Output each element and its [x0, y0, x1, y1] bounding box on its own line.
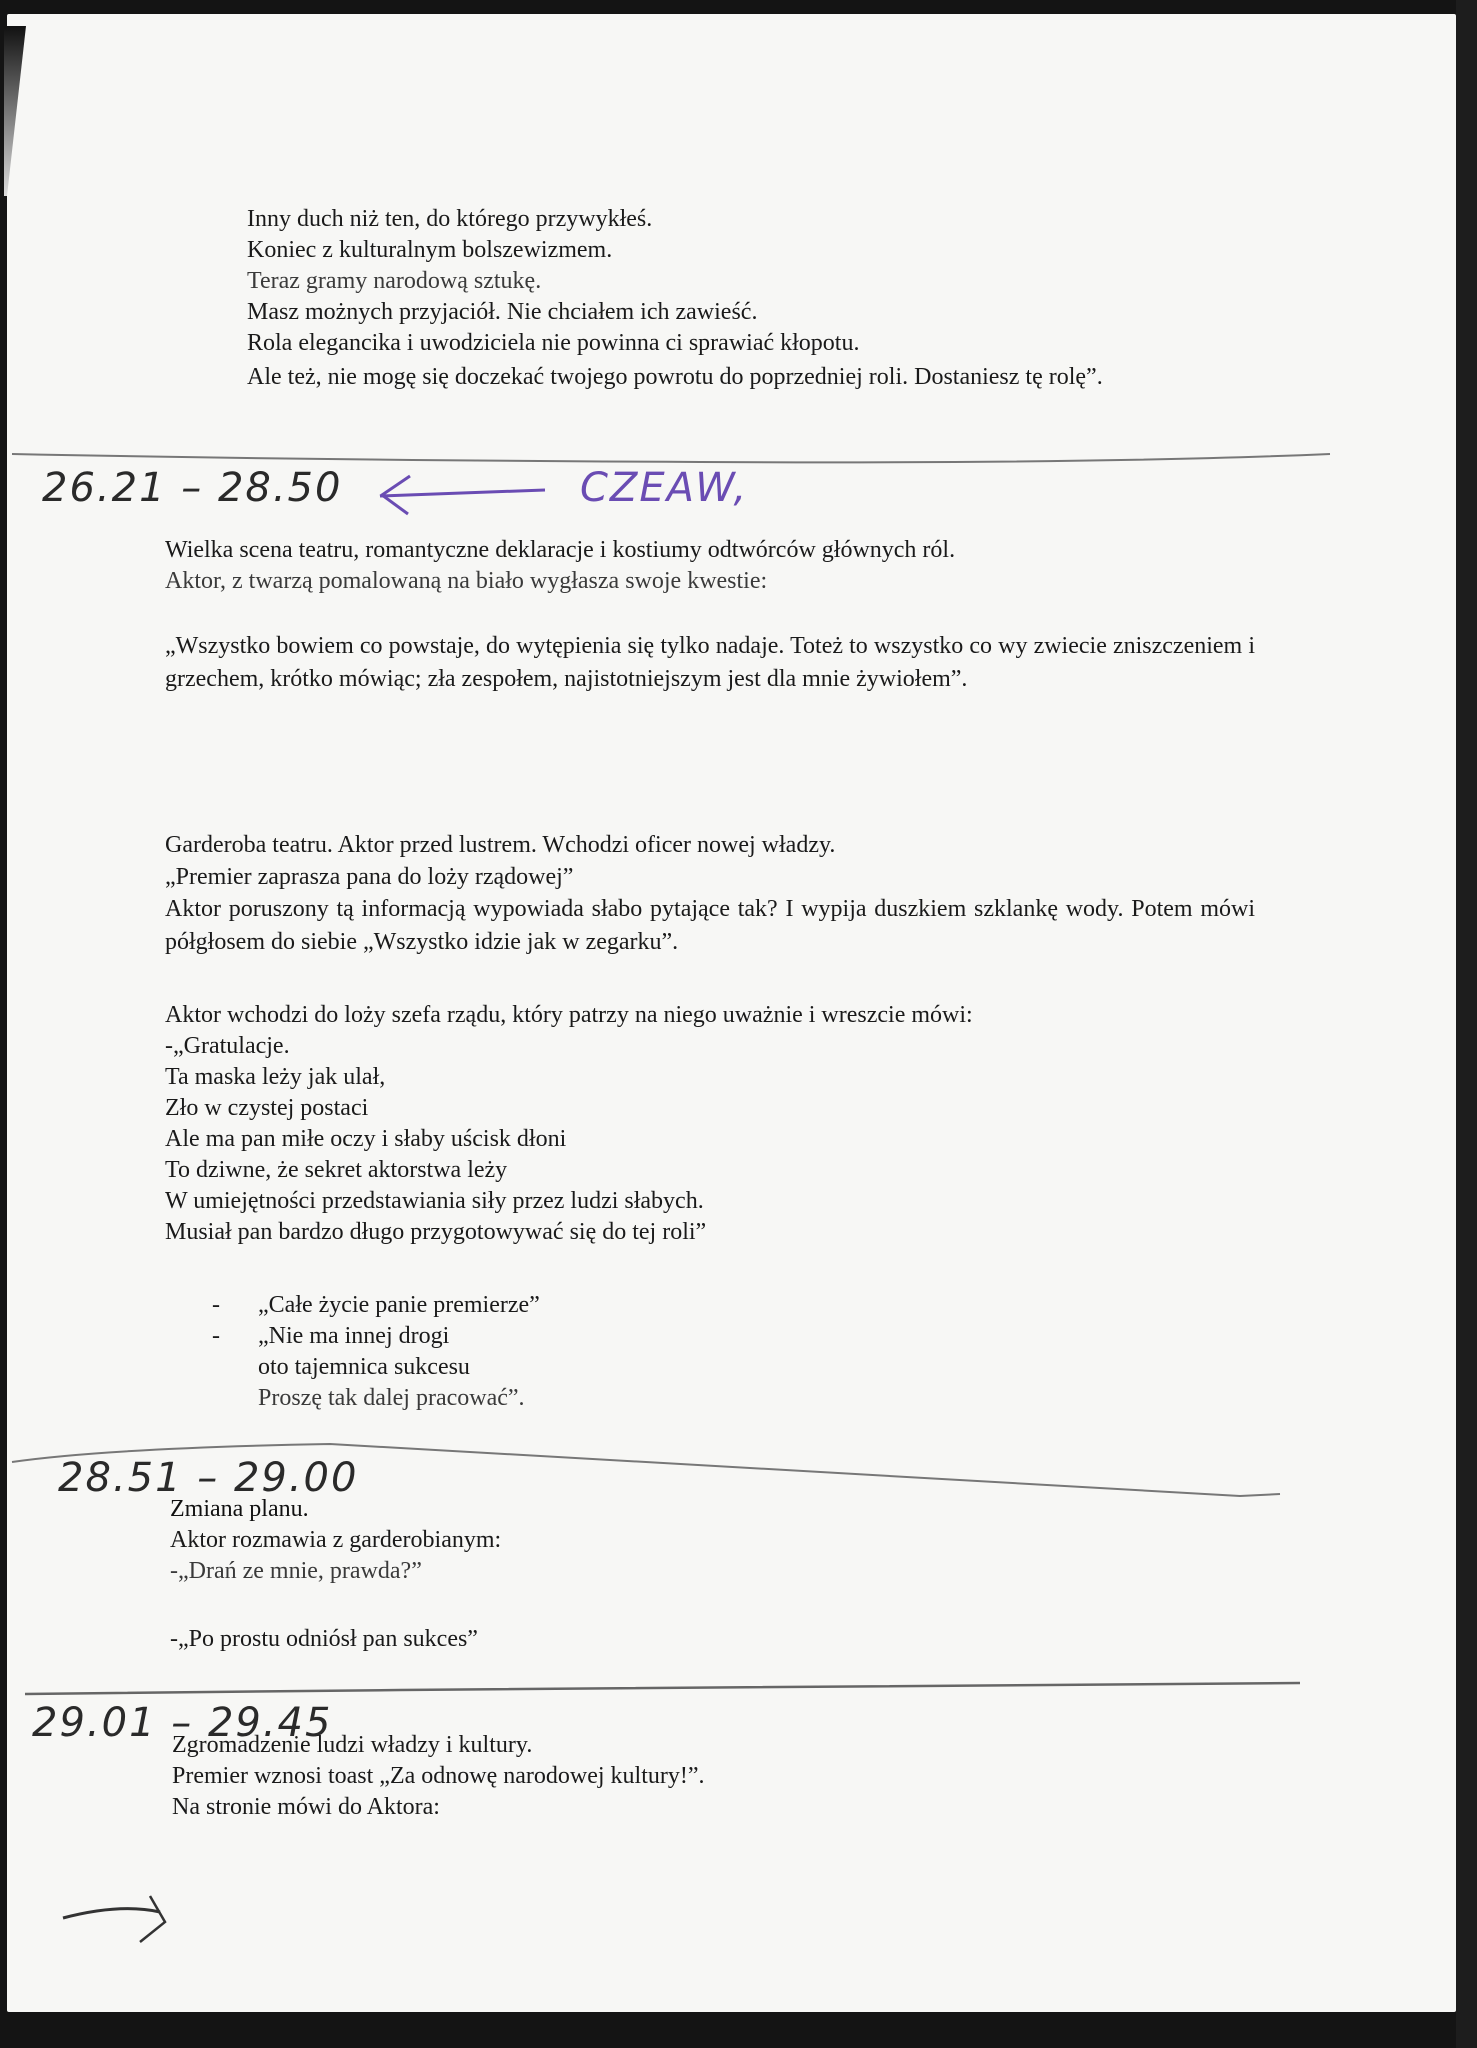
text-line: W umiejętności przedstawiania siły przez… — [165, 1186, 704, 1217]
text-line: -„Drań ze mnie, prawda?” — [170, 1556, 422, 1587]
text-line: Zgromadzenie ludzi władzy i kultury. — [172, 1730, 532, 1761]
scene-heading: Zmiana planu. — [170, 1494, 309, 1525]
text-line: -„Po prostu odniósł pan sukces” — [170, 1624, 478, 1655]
text-line: Ale ma pan miłe oczy i słaby uścisk dłon… — [165, 1124, 566, 1155]
text-line: Garderoba teatru. Aktor przed lustrem. W… — [165, 830, 835, 861]
text-line: Aktor, z twarzą pomalowaną na biało wygł… — [165, 566, 767, 597]
dialogue-bullet: - — [212, 1321, 220, 1352]
handwritten-note: CZEAW, — [580, 465, 748, 511]
text-line: To dziwne, że sekret aktorstwa leży — [165, 1155, 507, 1186]
text-line: Musiał pan bardzo długo przygotowywać si… — [165, 1217, 706, 1248]
handwritten-timecode: 26.21 – 28.50 — [42, 465, 342, 511]
quote-paragraph: „Wszystko bowiem co powstaje, do wytępie… — [165, 630, 1255, 696]
dialogue-line: Proszę tak dalej pracować”. — [258, 1383, 525, 1414]
text-line: Aktor rozmawia z garderobianym: — [170, 1525, 501, 1556]
text-line: Zło w czystej postaci — [165, 1093, 368, 1124]
text-paragraph: Aktor poruszony tą informacją wypowiada … — [165, 893, 1255, 959]
dialogue-line: „Nie ma innej drogi — [258, 1321, 449, 1352]
text-line: Aktor wchodzi do loży szefa rządu, który… — [165, 1000, 973, 1031]
text-line: Wielka scena teatru, romantyczne deklara… — [165, 535, 955, 566]
text-line: Na stronie mówi do Aktora: — [172, 1792, 440, 1823]
text-line: Ta maska leży jak ulał, — [165, 1062, 385, 1093]
dialogue-line: „Całe życie panie premierze” — [258, 1290, 540, 1321]
text-line: -„Gratulacje. — [165, 1031, 290, 1062]
text-line: „Premier zaprasza pana do loży rządowej” — [165, 862, 573, 893]
dialogue-line: oto tajemnica sukcesu — [258, 1352, 470, 1383]
text-line: Premier wznosi toast „Za odnowę narodowe… — [172, 1761, 705, 1792]
dialogue-bullet: - — [212, 1290, 220, 1321]
